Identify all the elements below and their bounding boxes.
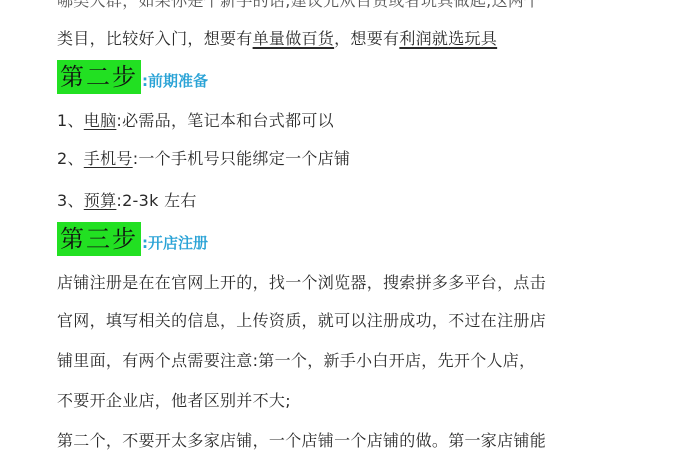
step3-subtitle: :开店注册 [142,232,208,256]
item-desc: :一个手机号只能绑定一个店铺 [133,149,351,168]
paragraph-line: 铺里面，有两个点需要注意:第一个，新手小白开店，先开个人店， [57,350,535,372]
item-desc: :必需品，笔记本和台式都可以 [116,111,334,130]
paragraph-line: 官网，填写相关的信息，上传资质，就可以注册成功，不过在注册店 [57,310,546,332]
text-line: 类目，比较好入门，想要有单量做百货，想要有利润就选玩具 [57,28,497,50]
item-desc: :2-3k 左右 [116,191,196,210]
list-item: 3、预算:2-3k 左右 [57,190,197,212]
step2-subtitle: :前期准备 [142,70,208,94]
underlined-phrase: 单量做百货 [253,29,335,48]
paragraph-line: 店铺注册是在在官网上开的，找一个浏览器，搜索拼多多平台，点击 [57,272,546,294]
step2-heading: 第二步 :前期准备 [57,60,208,94]
item-term: 电脑 [84,111,117,130]
underlined-phrase: 利润就选玩具 [399,29,497,48]
item-number: 2、 [57,149,84,168]
list-item: 2、手机号:一个手机号只能绑定一个店铺 [57,148,350,170]
paragraph-line: 不要开企业店，他者区别并不大; [57,390,291,412]
paragraph-line: 第二个，不要开太多家店铺，一个店铺一个店铺的做。第一家店铺能 [57,430,546,452]
text-line-cut: 哪类人群，如果你是个新手的话,建议先从百货或者玩具做起,这两个 [57,0,540,12]
text-segment: ，想要有 [334,29,399,48]
item-term: 预算 [84,191,117,210]
item-term: 手机号 [84,149,133,168]
step3-heading: 第三步 :开店注册 [57,222,208,256]
list-item: 1、电脑:必需品，笔记本和台式都可以 [57,110,334,132]
item-number: 3、 [57,191,84,210]
step2-badge: 第二步 [57,60,141,94]
item-number: 1、 [57,111,84,130]
step3-badge: 第三步 [57,222,141,256]
text-segment: 类目，比较好入门，想要有 [57,29,253,48]
